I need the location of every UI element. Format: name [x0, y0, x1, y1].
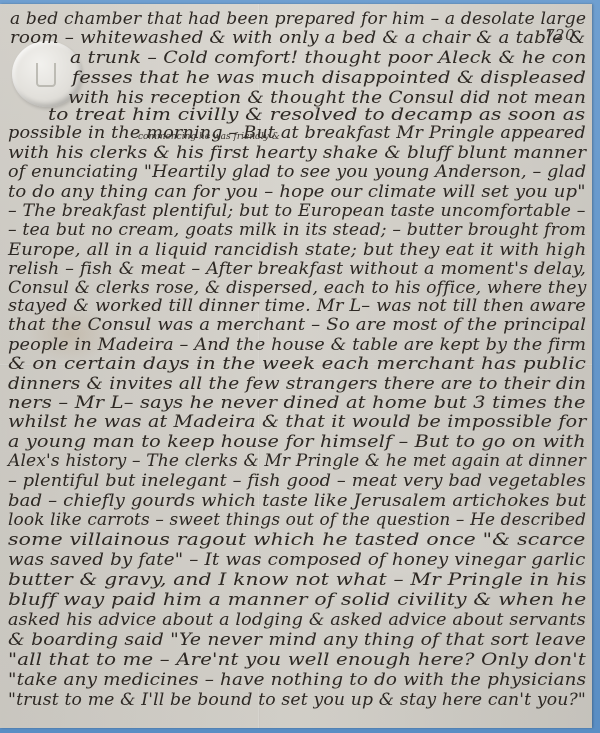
text-line: possible in the morning – But at breakfa… [8, 123, 586, 142]
text-line: "all that to me – Are'nt you well enough… [8, 650, 586, 669]
text-line: butter & gravy, and I know not what – Mr… [8, 570, 586, 589]
text-line: – The breakfast plentiful; but to Europe… [8, 201, 586, 220]
text-line: – tea but no cream, goats milk in its st… [8, 220, 586, 239]
text-line: to treat him civilly & resolved to decam… [48, 105, 585, 124]
text-line: asked his advice about a lodging & asked… [8, 610, 586, 629]
text-line: look like carrots – sweet things out of … [8, 510, 586, 529]
text-line: whilst he was at Madeira & that it would… [8, 412, 587, 431]
text-line: of enunciating "Heartily glad to see you… [8, 162, 586, 181]
text-line: some villainous ragout which he tasted o… [8, 530, 585, 549]
text-line: dinners & invites all the few strangers … [8, 374, 586, 393]
manuscript-page: 720 commencing he was friendly & a bed c… [0, 4, 592, 728]
text-line: & boarding said "Ye never mind any thing… [8, 630, 586, 649]
text-line: – plentiful but inelegant – fish good – … [8, 471, 586, 490]
text-line: Alex's history – The clerks & Mr Pringle… [8, 451, 586, 470]
seal-mark [36, 63, 56, 87]
text-line: people in Madeira – And the house & tabl… [8, 335, 586, 354]
text-line: a trunk – Cold comfort! thought poor Ale… [70, 48, 586, 67]
text-line: a young man to keep house for himself – … [8, 432, 586, 451]
text-line: with his clerks & his first hearty shake… [8, 143, 586, 162]
text-line: room – whitewashed & with only a bed & a… [10, 28, 585, 47]
text-line: "trust to me & I'll be bound to set you … [8, 690, 586, 709]
text-line: a bed chamber that had been prepared for… [10, 9, 586, 28]
text-line: relish – fish & meat – After breakfast w… [8, 259, 586, 278]
text-line: stayed & worked till dinner time. Mr L– … [8, 296, 586, 315]
text-line: fesses that he was much disappointed & d… [72, 68, 586, 87]
text-line: bluff way paid him a manner of solid civ… [8, 590, 586, 609]
text-line: bad – chiefly gourds which taste like Je… [8, 491, 586, 510]
text-line: was saved by fate" – It was composed of … [8, 550, 585, 569]
text-line: that the Consul was a merchant – So are … [8, 315, 586, 334]
text-line: & on certain days in the week each merch… [8, 354, 586, 373]
text-line: "take any medicines – have nothing to do… [8, 670, 586, 689]
text-line: Consul & clerks rose, & dispersed, each … [8, 278, 586, 297]
text-line: Europe, all in a liquid rancidish state;… [8, 240, 586, 259]
text-line: to do any thing can for you – hope our c… [8, 182, 586, 201]
text-line: ners – Mr L– says he never dined at home… [8, 393, 586, 412]
